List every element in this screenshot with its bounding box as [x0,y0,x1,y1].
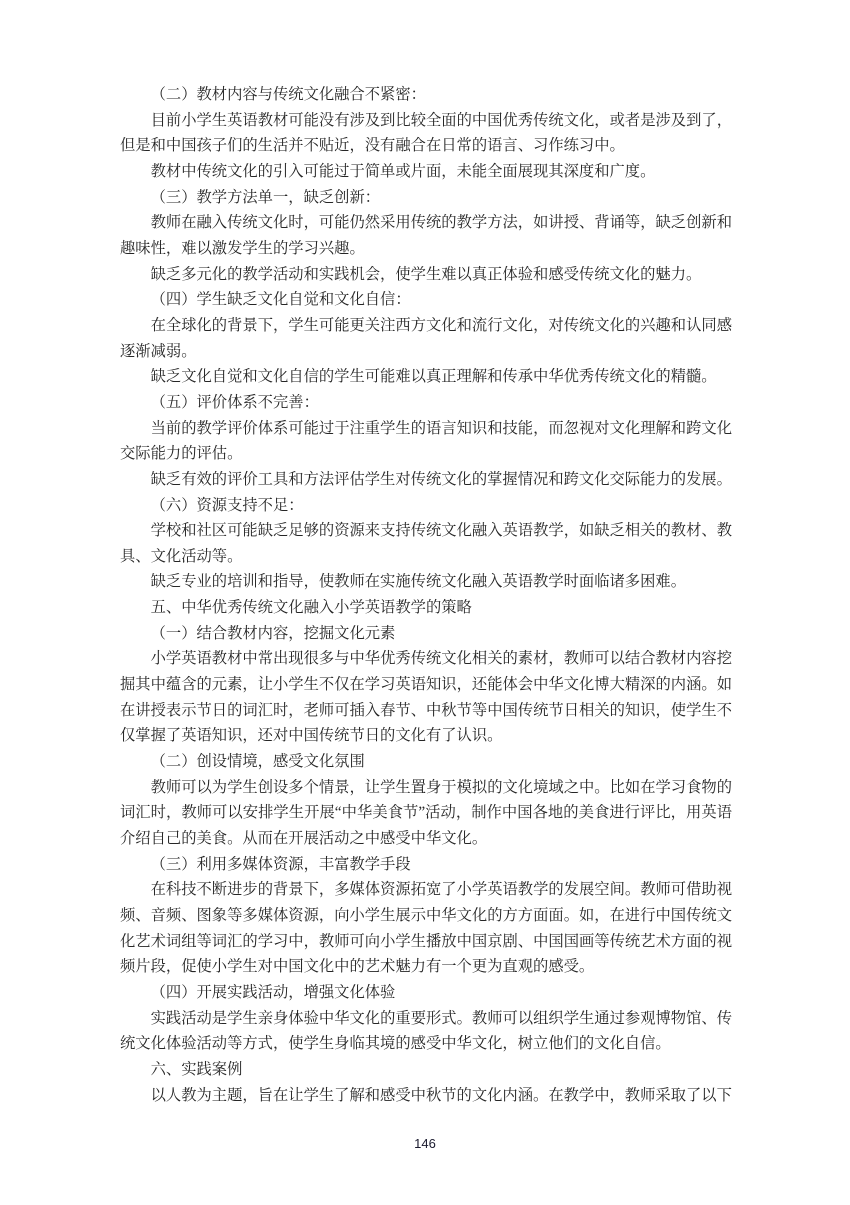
paragraph-body: 缺乏文化自觉和文化自信的学生可能难以真正理解和传承中华优秀传统文化的精髓。 [120,364,732,390]
page-number: 146 [414,1136,436,1151]
document-page: （二）教材内容与传统文化融合不紧密：目前小学生英语教材可能没有涉及到比较全面的中… [0,0,850,1205]
paragraph-body: 缺乏多元化的教学活动和实践机会，使学生难以真正体验和感受传统文化的魅力。 [120,262,732,288]
paragraph-subheading: （三）教学方法单一，缺乏创新： [120,185,732,211]
paragraph-body: 在科技不断进步的背景下，多媒体资源拓宽了小学英语教学的发展空间。教师可借助视频、… [120,877,732,980]
paragraph-body: 实践活动是学生亲身体验中华文化的重要形式。教师可以组织学生通过参观博物馆、传统文… [120,1006,732,1057]
paragraph-subheading: （二）教材内容与传统文化融合不紧密： [120,82,732,108]
paragraph-body: 缺乏专业的培训和指导，使教师在实施传统文化融入英语教学时面临诸多困难。 [120,569,732,595]
paragraph-subheading: （四）开展实践活动，增强文化体验 [120,980,732,1006]
paragraph-subheading: （六）资源支持不足： [120,493,732,519]
paragraph-subheading: （一）结合教材内容，挖掘文化元素 [120,621,732,647]
paragraph-body: 学校和社区可能缺乏足够的资源来支持传统文化融入英语教学，如缺乏相关的教材、教具、… [120,518,732,569]
paragraph-body: 当前的教学评价体系可能过于注重学生的语言知识和技能，而忽视对文化理解和跨文化交际… [120,416,732,467]
paragraph-body: 小学英语教材中常出现很多与中华优秀传统文化相关的素材，教师可以结合教材内容挖掘其… [120,646,732,749]
page-footer: 146 [0,1136,850,1151]
paragraph-subheading: （五）评价体系不完善： [120,390,732,416]
paragraph-body: 目前小学生英语教材可能没有涉及到比较全面的中国优秀传统文化，或者是涉及到了，但是… [120,108,732,159]
document-body: （二）教材内容与传统文化融合不紧密：目前小学生英语教材可能没有涉及到比较全面的中… [120,82,732,1108]
paragraph-heading: 六、实践案例 [120,1057,732,1083]
paragraph-body: 以人教为主题，旨在让学生了解和感受中秋节的文化内涵。在教学中，教师采取了以下 [120,1083,732,1109]
paragraph-body: 教师可以为学生创设多个情景，让学生置身于模拟的文化境域之中。比如在学习食物的词汇… [120,775,732,852]
paragraph-body: 在全球化的背景下，学生可能更关注西方文化和流行文化，对传统文化的兴趣和认同感逐渐… [120,313,732,364]
paragraph-heading: 五、中华优秀传统文化融入小学英语教学的策略 [120,595,732,621]
paragraph-body: 缺乏有效的评价工具和方法评估学生对传统文化的掌握情况和跨文化交际能力的发展。 [120,467,732,493]
paragraph-subheading: （四）学生缺乏文化自觉和文化自信： [120,287,732,313]
paragraph-subheading: （三）利用多媒体资源，丰富教学手段 [120,852,732,878]
paragraph-body: 教师在融入传统文化时，可能仍然采用传统的教学方法，如讲授、背诵等，缺乏创新和趣味… [120,210,732,261]
paragraph-body: 教材中传统文化的引入可能过于简单或片面，未能全面展现其深度和广度。 [120,159,732,185]
paragraph-subheading: （二）创设情境，感受文化氛围 [120,749,732,775]
